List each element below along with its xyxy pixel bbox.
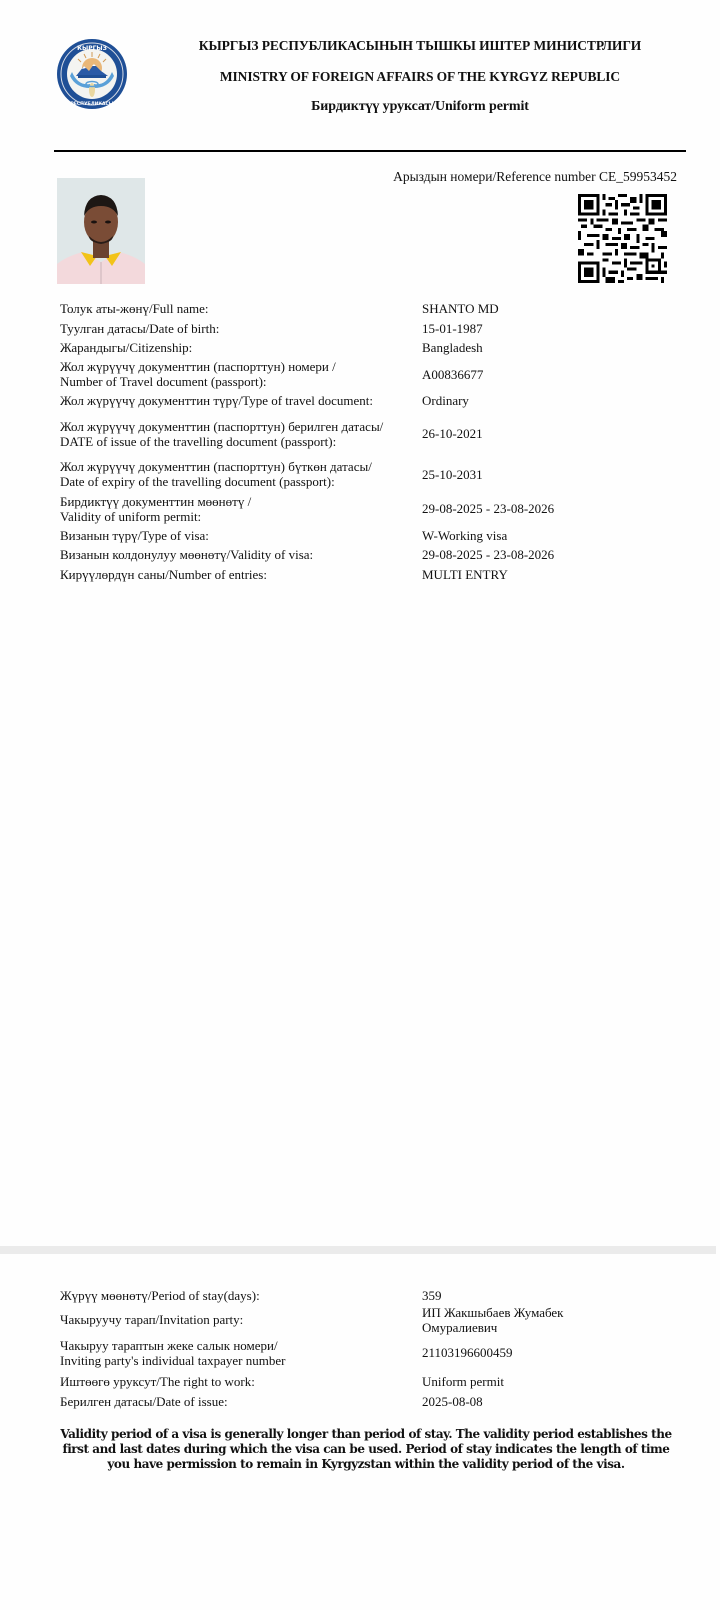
reference-number-value: CE_59953452 — [599, 169, 677, 184]
field-row: Жүрүү мөөнөтү/Period of stay(days):359 — [60, 1285, 680, 1305]
field-row: Жол жүрүүчү документтин (паспорттун) бүт… — [60, 457, 680, 492]
field-row: Толук аты-жөнү/Full name:SHANTO MD — [60, 299, 680, 319]
field-label: Кирүүлөрдүн саны/Number of entries: — [60, 567, 422, 582]
ministry-title-kyrgyz: КЫРГЫЗ РЕСПУБЛИКАСЫНЫН ТЫШКЫ ИШТЕР МИНИС… — [160, 38, 680, 54]
field-row: Жол жүрүүчү документтин (паспорттун) бер… — [60, 411, 680, 457]
field-label: Жол жүрүүчү документтин (паспорттун) бер… — [60, 419, 422, 449]
field-row: Чакыруучу тарап/Invitation party:ИП Жакш… — [60, 1305, 680, 1334]
field-row: Туулган датасы/Date of birth:15-01-1987 — [60, 319, 680, 339]
field-row: Чакыруу тараптын жеке салык номери/ Invi… — [60, 1334, 680, 1371]
reference-number: Арыздын номери/Reference number CE_59953… — [393, 169, 677, 185]
personal-details-table: Толук аты-жөнү/Full name:SHANTO MDТуулга… — [60, 299, 680, 584]
field-value: Ordinary — [422, 393, 680, 408]
field-row: Бирдиктүү документтин мөөнөтү / Validity… — [60, 492, 680, 526]
page-break-band — [0, 1246, 716, 1254]
field-label: Чакыруучу тарап/Invitation party: — [60, 1312, 422, 1327]
field-row: Визанын түрү/Type of visa:W-Working visa — [60, 526, 680, 546]
validity-footnote: Validity period of a visa is generally l… — [60, 1427, 672, 1472]
field-value: Bangladesh — [422, 340, 680, 355]
field-value: MULTI ENTRY — [422, 567, 680, 582]
field-row: Жол жүрүүчү документтин (паспорттун) ном… — [60, 358, 680, 391]
field-value: A00836677 — [422, 367, 680, 382]
ministry-title-english: MINISTRY OF FOREIGN AFFAIRS OF THE KYRGY… — [160, 69, 680, 85]
field-value: 359 — [422, 1288, 680, 1303]
field-row: Жарандыгы/Citizenship:Bangladesh — [60, 338, 680, 358]
field-label: Толук аты-жөнү/Full name: — [60, 301, 422, 316]
field-row: Визанын колдонулуу мөөнөтү/Validity of v… — [60, 545, 680, 565]
field-label: Жүрүү мөөнөтү/Period of stay(days): — [60, 1288, 422, 1303]
field-value: 25-10-2031 — [422, 467, 680, 482]
field-value: 15-01-1987 — [422, 321, 680, 336]
field-label: Жарандыгы/Citizenship: — [60, 340, 422, 355]
header-divider — [54, 150, 686, 152]
svg-text:КЫРГЫЗ: КЫРГЫЗ — [77, 45, 107, 52]
field-row: Иштөөгө уруксут/The right to work:Unifor… — [60, 1371, 680, 1391]
field-row: Кирүүлөрдүн саны/Number of entries:MULTI… — [60, 565, 680, 585]
field-value: SHANTO MD — [422, 301, 680, 316]
field-value: 29-08-2025 - 23-08-2026 — [422, 501, 680, 516]
field-label: Визанын түрү/Type of visa: — [60, 528, 422, 543]
field-row: Жол жүрүүчү документтин түрү/Type of tra… — [60, 391, 680, 411]
field-value: Uniform permit — [422, 1374, 680, 1389]
field-value: 26-10-2021 — [422, 426, 680, 441]
field-value: 29-08-2025 - 23-08-2026 — [422, 547, 680, 562]
field-value: ИП Жакшыбаев Жумабек Омуралиевич — [422, 1305, 680, 1335]
field-row: Берилген датасы/Date of issue:2025-08-08 — [60, 1391, 680, 1411]
svg-text:РЕСПУБЛИКАСЫ: РЕСПУБЛИКАСЫ — [71, 101, 114, 107]
qr-code-icon[interactable] — [578, 194, 667, 283]
field-value: 2025-08-08 — [422, 1394, 680, 1409]
stay-details-table: Жүрүү мөөнөтү/Period of stay(days):359Ча… — [60, 1285, 680, 1411]
kyrgyz-state-emblem-icon: КЫРГЫЗ РЕСПУБЛИКАСЫ — [56, 38, 128, 110]
field-label: Берилген датасы/Date of issue: — [60, 1394, 422, 1409]
field-label: Туулган датасы/Date of birth: — [60, 321, 422, 336]
reference-number-label: Арыздын номери/Reference number — [393, 169, 596, 184]
field-value: W-Working visa — [422, 528, 680, 543]
field-label: Жол жүрүүчү документтин (паспорттун) ном… — [60, 359, 422, 389]
field-value: 21103196600459 — [422, 1345, 680, 1360]
field-label: Иштөөгө уруксут/The right to work: — [60, 1374, 422, 1389]
document-title: Бирдиктүү уруксат/Uniform permit — [160, 99, 680, 115]
field-label: Жол жүрүүчү документтин (паспорттун) бүт… — [60, 459, 422, 489]
field-label: Чакыруу тараптын жеке салык номери/ Invi… — [60, 1338, 422, 1368]
applicant-photo — [57, 178, 145, 284]
field-label: Визанын колдонулуу мөөнөтү/Validity of v… — [60, 547, 422, 562]
uniform-permit-document: КЫРГЫЗ РЕСПУБЛИКАСЫ КЫРГЫЗ РЕСПУБЛИКАСЫН… — [0, 0, 720, 1610]
field-label: Бирдиктүү документтин мөөнөтү / Validity… — [60, 494, 422, 524]
field-label: Жол жүрүүчү документтин түрү/Type of tra… — [60, 393, 422, 408]
